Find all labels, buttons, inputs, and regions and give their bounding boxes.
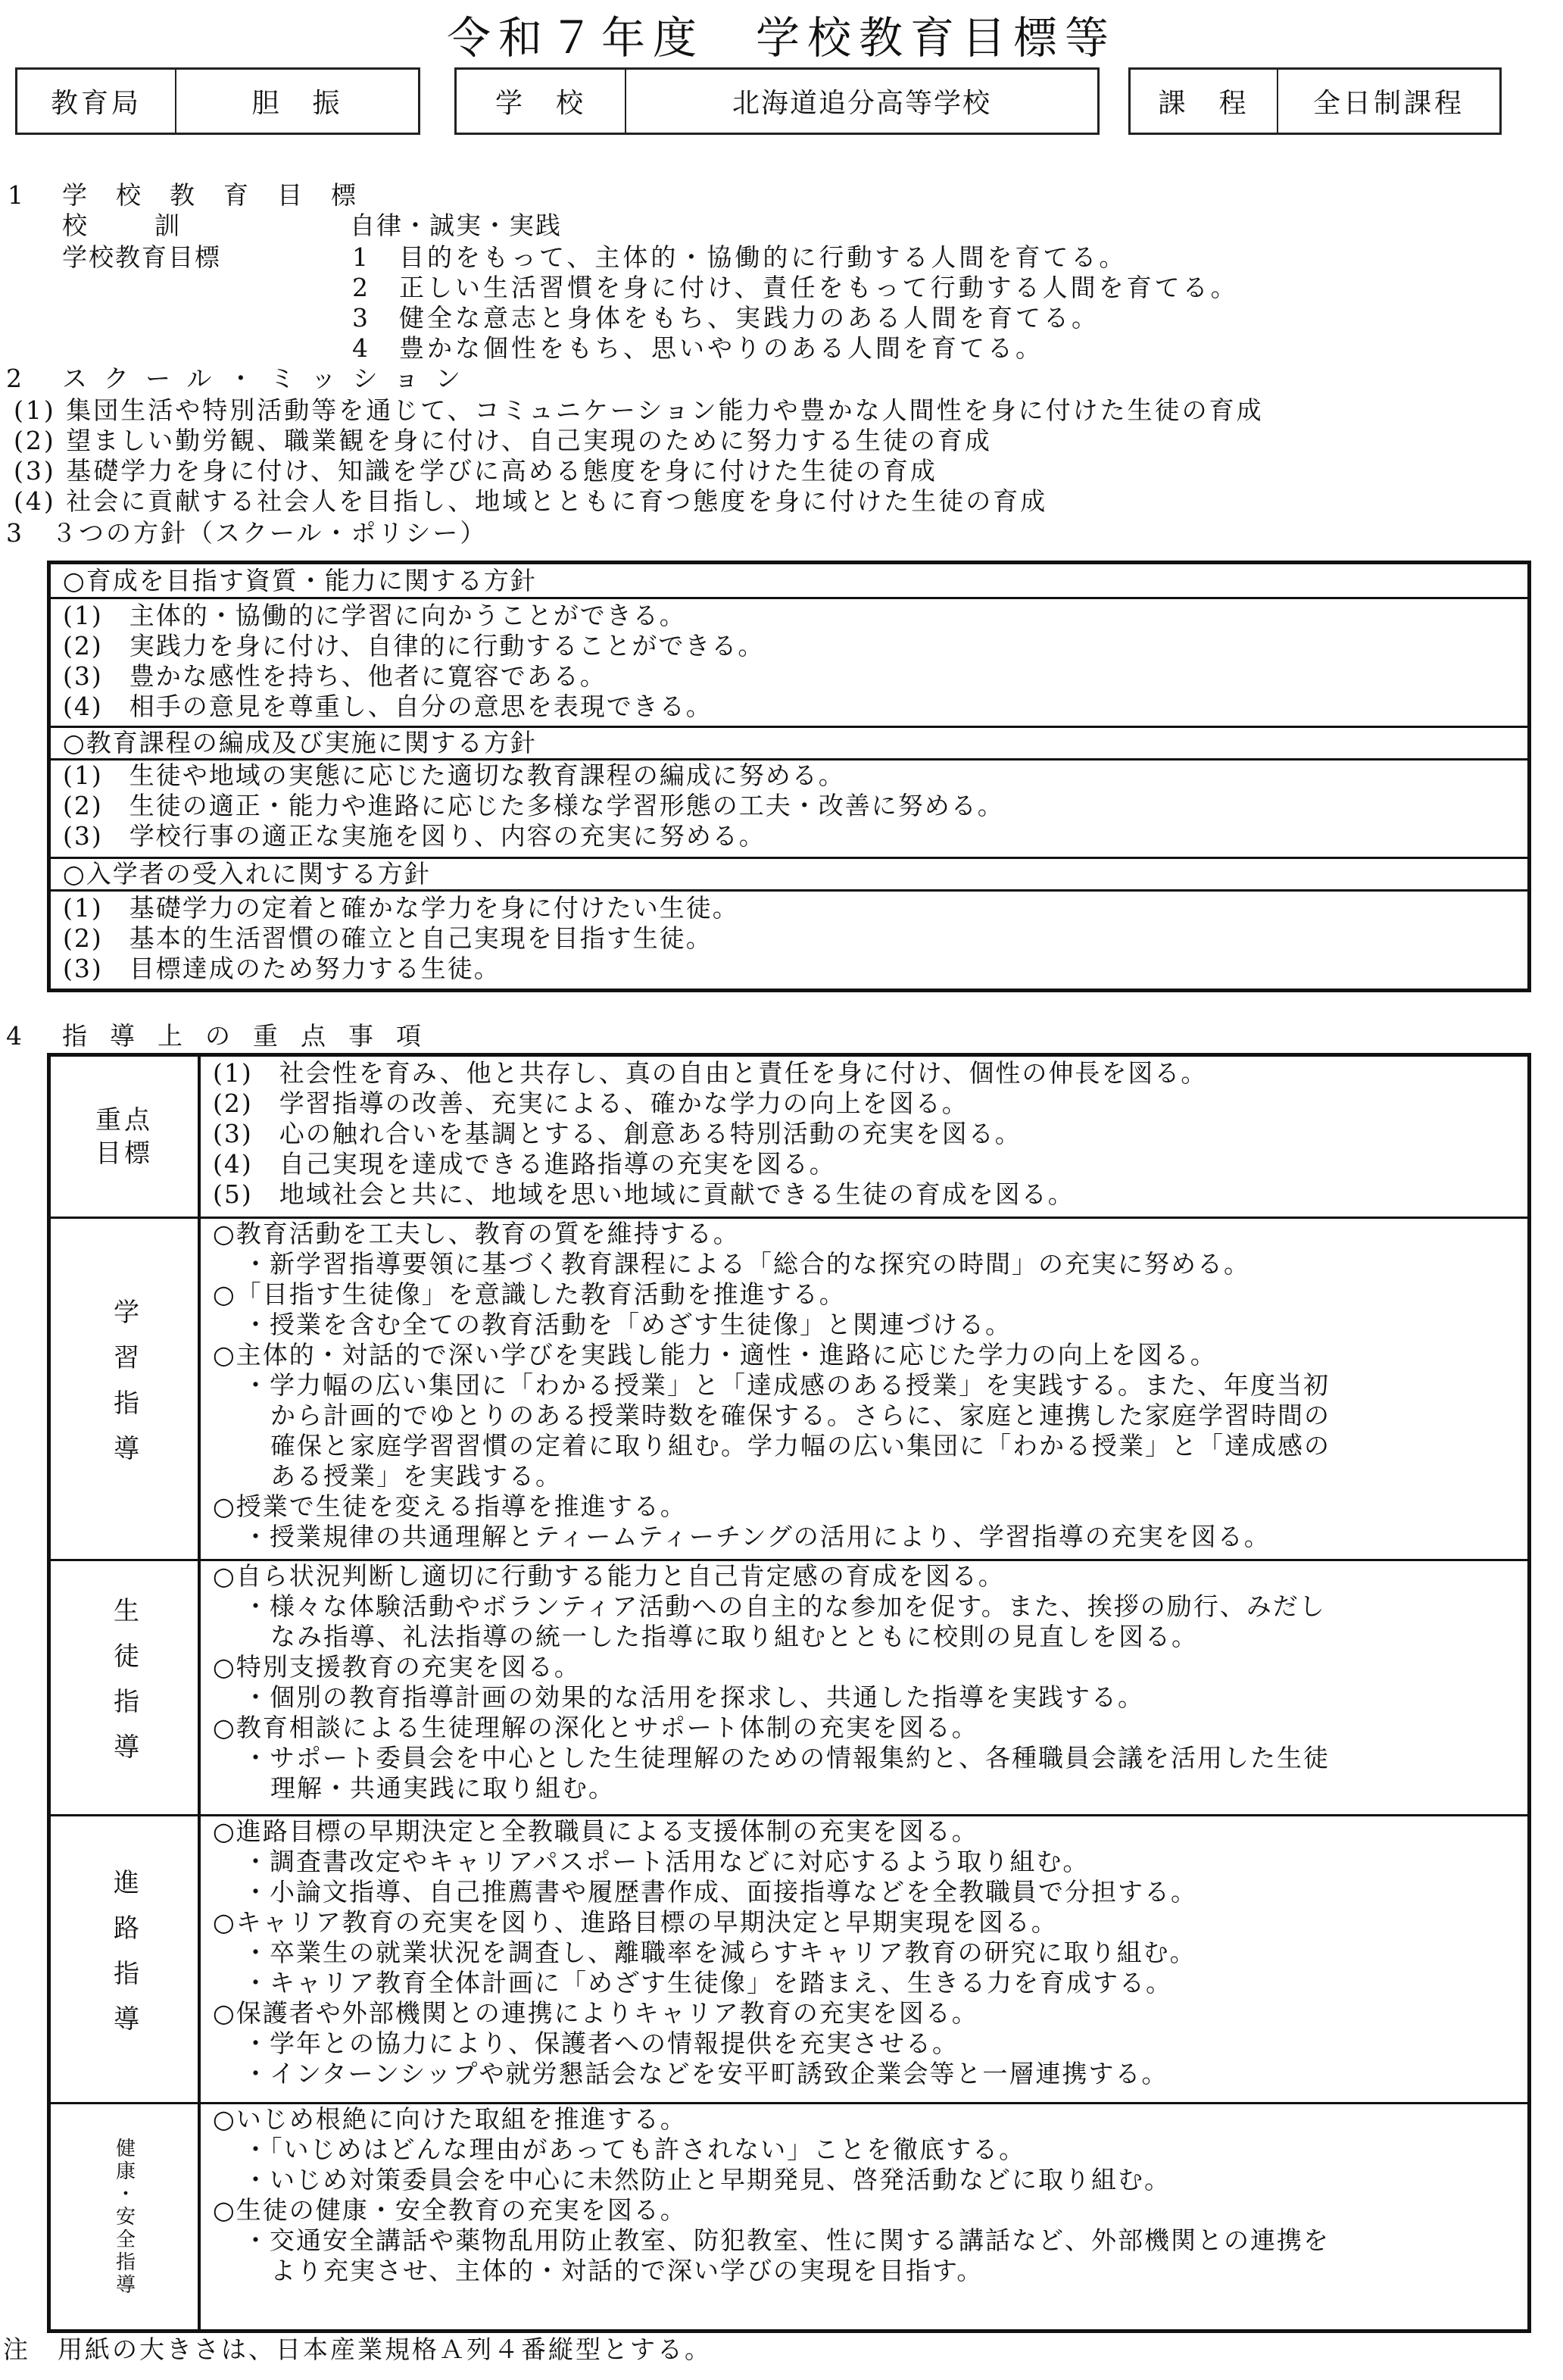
content-line: ・授業を含む全ての教育活動を「めざす生徒像」と関連づける。 xyxy=(243,1310,1012,1340)
content-line: ○「目指す生徒像」を意識した教育活動を推進する。 xyxy=(213,1279,846,1310)
bureau-label: 教育局 xyxy=(17,70,175,133)
content-line: ・交通安全講話や薬物乱用防止教室、防犯教室、性に関する講話など、外部機関との連携… xyxy=(243,2225,1330,2256)
content-line: ○自ら状況判断し適切に行動する能力と自己肯定感の育成を図る。 xyxy=(213,1561,1005,1591)
goal-item: 1 目的をもって、主体的・協働的に行動する人間を育てる。 xyxy=(352,242,1127,273)
section1-number: 1 xyxy=(8,180,25,211)
policy-title-row: ○入学者の受入れに関する方針 xyxy=(51,857,1527,889)
policy-item: (1) 生徒や地域の実態に応じた適切な教育課程の編成に努める。 xyxy=(63,761,845,791)
content-line: ・新学習指導要領に基づく教育課程による「総合的な探究の時間」の充実に努める。 xyxy=(243,1249,1250,1279)
policy-item: (3) 学校行事の適正な実施を図り、内容の充実に努める。 xyxy=(63,821,766,851)
goal-item: 2 正しい生活習慣を身に付け、責任をもって行動する人間を育てる。 xyxy=(352,273,1239,303)
motto-label: 校 訓 xyxy=(62,211,201,241)
content-line: ・「いじめはどんな理由があっても許されない」ことを徹底する。 xyxy=(243,2135,1025,2165)
content-line: (4) 自己実現を達成できる進路指導の充実を図る。 xyxy=(213,1149,836,1179)
content-line: ○授業で生徒を変える指導を推進する。 xyxy=(213,1491,687,1522)
content-line: 確保と家庭学習習慣の定着に取り組む。学力幅の広い集団に「わかる授業」と「達成感の xyxy=(270,1431,1331,1461)
policy-item: (1) 主体的・協働的に学習に向かうことができる。 xyxy=(63,601,686,631)
content-line: ・小論文指導、自己推薦書や履歴書作成、面接指導などを全教職員で分担する。 xyxy=(243,1877,1197,1907)
footnote: 注 用紙の大きさは、日本産業規格Ａ列４番縦型とする。 xyxy=(3,2335,712,2365)
policy-item: (3) 豊かな感性を持ち、他者に寛容である。 xyxy=(63,661,607,692)
content-line: ○主体的・対話的で深い学びを実践し能力・適性・進路に応じた学力の向上を図る。 xyxy=(213,1340,1217,1370)
goals-label: 学校教育目標 xyxy=(62,242,221,273)
policy-title-row: ○教育課程の編成及び実施に関する方針 xyxy=(51,726,1527,758)
policy-items-row: (1) 主体的・協働的に学習に向かうことができる。 (2) 実践力を身に付け、自… xyxy=(51,597,1527,726)
section2-number: 2 xyxy=(6,364,23,394)
school-value: 北海道追分高等学校 xyxy=(625,70,1097,133)
row-label-cell: 重点 目標 xyxy=(51,1057,201,1217)
policy-item: (2) 生徒の適正・能力や進路に応じた多様な学習形態の工夫・改善に努める。 xyxy=(63,791,1004,821)
section4-heading: 指導上の重点事項 xyxy=(62,1021,444,1051)
row-label: 重点 目標 xyxy=(95,1104,153,1170)
content-line: ・キャリア教育全体計画に「めざす生徒像」を踏まえ、生きる力を育成する。 xyxy=(243,1968,1172,1998)
content-line: ・サポート委員会を中心とした生徒理解のための情報集約と、各種職員会議を活用した生… xyxy=(243,1743,1330,1773)
content-line: ・学年との協力により、保護者への情報提供を充実させる。 xyxy=(243,2029,959,2059)
content-line: ・学力幅の広い集団に「わかる授業」と「達成感のある授業」を実践する。また、年度当… xyxy=(243,1370,1330,1401)
section1-heading: 学校教育目標 xyxy=(62,180,385,211)
content-line: ○生徒の健康・安全教育の充実を図る。 xyxy=(213,2195,687,2225)
content-line: (3) 心の触れ合いを基調とする、創意ある特別活動の充実を図る。 xyxy=(213,1119,1022,1149)
content-line: ・卒業生の就業状況を調査し、離職率を減らすキャリア教育の研究に取り組む。 xyxy=(243,1938,1196,1968)
content-line: ○いじめ根絶に向けた取組を推進する。 xyxy=(213,2104,687,2135)
row-content: ○いじめ根絶に向けた取組を推進する。 ・「いじめはどんな理由があっても許されない… xyxy=(204,2104,1527,2329)
policy-item: (2) 実践力を身に付け、自律的に行動することができる。 xyxy=(63,631,764,661)
policy-items-row: (1) 生徒や地域の実態に応じた適切な教育課程の編成に努める。 (2) 生徒の適… xyxy=(51,758,1527,857)
content-line: ・調査書改定やキャリアパスポート活用などに対応するよう取り組む。 xyxy=(243,1847,1089,1877)
content-line: 理解・共通実践に取り組む。 xyxy=(270,1773,615,1804)
mission-item: (4) 社会に貢献する社会人を目指し、地域とともに育つ態度を身に付けた生徒の育成 xyxy=(14,486,1047,517)
content-line: ・様々な体験活動やボランティア活動への自主的な参加を促す。また、挨拶の励行、みだ… xyxy=(243,1591,1326,1622)
section3-heading: 3 ３つの方針（スクール・ポリシー） xyxy=(6,518,487,548)
content-line: より充実させ、主体的・対話的で深い学びの実現を目指す。 xyxy=(270,2256,983,2286)
priorities-row-student-guidance: 生徒指導 ○自ら状況判断し適切に行動する能力と自己肯定感の育成を図る。 ・様々な… xyxy=(51,1559,1527,1814)
mission-item: (2) 望ましい勤労観、職業観を身に付け、自己実現のために努力する生徒の育成 xyxy=(14,426,992,456)
content-line: (5) 地域社会と共に、地域を思い地域に貢献できる生徒の育成を図る。 xyxy=(213,1179,1075,1210)
row-label: 進路指導 xyxy=(106,1869,143,2050)
content-line: ○教育活動を工夫し、教育の質を維持する。 xyxy=(213,1219,740,1249)
priorities-row-career-guidance: 進路指導 ○進路目標の早期決定と全教職員による支援体制の充実を図る。 ・調査書改… xyxy=(51,1814,1527,2102)
content-line: ○進路目標の早期決定と全教職員による支援体制の充実を図る。 xyxy=(213,1816,978,1847)
content-line: なみ指導、礼法指導の統一した指導に取り組むとともに校則の見直しを図る。 xyxy=(270,1622,1198,1652)
course-value: 全日制課程 xyxy=(1277,70,1499,133)
content-line: ・いじめ対策委員会を中心に未然防止と早期発見、啓発活動などに取り組む。 xyxy=(243,2165,1171,2195)
content-line: (2) 学習指導の改善、充実による、確かな学力の向上を図る。 xyxy=(213,1088,969,1119)
priorities-row-health-safety: 健康・安全指導 ○いじめ根絶に向けた取組を推進する。 ・「いじめはどんな理由があ… xyxy=(51,2102,1527,2329)
content-line: ○保護者や外部機関との連携によりキャリア教育の充実を図る。 xyxy=(213,1998,978,2029)
policy-title: ○教育課程の編成及び実施に関する方針 xyxy=(63,728,537,758)
page-title: 令和７年度 学校教育目標等 xyxy=(0,14,1563,62)
content-line: (1) 社会性を育み、他と共存し、真の自由と責任を身に付け、個性の伸長を図る。 xyxy=(213,1058,1207,1088)
policy-item: (1) 基礎学力の定着と確かな学力を身に付けたい生徒。 xyxy=(63,893,739,923)
priorities-table: 重点 目標 (1) 社会性を育み、他と共存し、真の自由と責任を身に付け、個性の伸… xyxy=(47,1053,1531,2333)
row-label-cell: 生徒指導 xyxy=(51,1561,201,1814)
policy-title: ○育成を目指す資質・能力に関する方針 xyxy=(63,566,537,596)
content-line: ・個別の教育指導計画の効果的な活用を探求し、共通した指導を実践する。 xyxy=(243,1682,1144,1713)
goal-item: 3 健全な意志と身体をもち、実践力のある人間を育てる。 xyxy=(352,303,1100,333)
row-content: ○進路目標の早期決定と全教職員による支援体制の充実を図る。 ・調査書改定やキャリ… xyxy=(204,1816,1527,2102)
bureau-value: 胆 振 xyxy=(175,70,418,133)
content-line: ある授業」を実践する。 xyxy=(270,1461,562,1491)
content-line: ○キャリア教育の充実を図り、進路目標の早期決定と早期実現を図る。 xyxy=(213,1907,1058,1938)
content-line: から計画的でゆとりのある授業時数を確保する。さらに、家庭と連携した家庭学習時間の xyxy=(270,1401,1331,1431)
section4-number: 4 xyxy=(6,1021,23,1051)
row-label: 学習指導 xyxy=(106,1298,143,1480)
content-line: ○特別支援教育の充実を図る。 xyxy=(213,1652,581,1682)
policy-item: (2) 基本的生活習慣の確立と自己実現を目指す生徒。 xyxy=(63,923,713,954)
policy-title: ○入学者の受入れに関する方針 xyxy=(63,859,431,889)
section2-heading: スクール・ミッション xyxy=(62,364,477,394)
content-line: ・授業規律の共通理解とティームティーチングの活用により、学習指導の充実を図る。 xyxy=(243,1522,1271,1552)
content-line: ・インターンシップや就労懇話会などを安平町誘致企業会等と一層連携する。 xyxy=(243,2059,1168,2089)
row-content: ○自ら状況判断し適切に行動する能力と自己肯定感の育成を図る。 ・様々な体験活動や… xyxy=(204,1561,1527,1814)
row-content: ○教育活動を工夫し、教育の質を維持する。 ・新学習指導要領に基づく教育課程による… xyxy=(204,1219,1527,1559)
course-label: 課 程 xyxy=(1131,70,1277,133)
school-box: 学 校 北海道追分高等学校 xyxy=(454,67,1100,135)
row-label-cell: 健康・安全指導 xyxy=(51,2104,201,2329)
row-label-cell: 進路指導 xyxy=(51,1816,201,2102)
school-label: 学 校 xyxy=(457,70,625,133)
row-label: 生徒指導 xyxy=(106,1597,143,1779)
priorities-row-focus: 重点 目標 (1) 社会性を育み、他と共存し、真の自由と責任を身に付け、個性の伸… xyxy=(51,1057,1527,1217)
bureau-box: 教育局 胆 振 xyxy=(15,67,420,135)
row-label-cell: 学習指導 xyxy=(51,1219,201,1559)
policy-title-row: ○育成を目指す資質・能力に関する方針 xyxy=(51,564,1527,597)
row-content: (1) 社会性を育み、他と共存し、真の自由と責任を身に付け、個性の伸長を図る。 … xyxy=(204,1057,1527,1217)
mission-item: (1) 集団生活や特別活動等を通じて、コミュニケーション能力や豊かな人間性を身に… xyxy=(14,395,1264,426)
policy-item: (4) 相手の意見を尊重し、自分の意思を表現できる。 xyxy=(63,692,713,722)
course-box: 課 程 全日制課程 xyxy=(1128,67,1502,135)
content-line: ○教育相談による生徒理解の深化とサポート体制の充実を図る。 xyxy=(213,1713,978,1743)
policy-items-row: (1) 基礎学力の定着と確かな学力を身に付けたい生徒。 (2) 基本的生活習慣の… xyxy=(51,889,1527,989)
mission-item: (3) 基礎学力を身に付け、知識を学びに高める態度を身に付けた生徒の育成 xyxy=(14,456,937,486)
policy-item: (3) 目標達成のため努力する生徒。 xyxy=(63,954,501,984)
goal-item: 4 豊かな個性をもち、思いやりのある人間を育てる。 xyxy=(352,333,1044,364)
school-policy-box: ○育成を目指す資質・能力に関する方針 (1) 主体的・協働的に学習に向かうことが… xyxy=(47,561,1531,992)
row-label: 健康・安全指導 xyxy=(111,2138,139,2297)
priorities-row-learning: 学習指導 ○教育活動を工夫し、教育の質を維持する。 ・新学習指導要領に基づく教育… xyxy=(51,1217,1527,1559)
motto-value: 自律・誠実・実践 xyxy=(350,211,562,241)
